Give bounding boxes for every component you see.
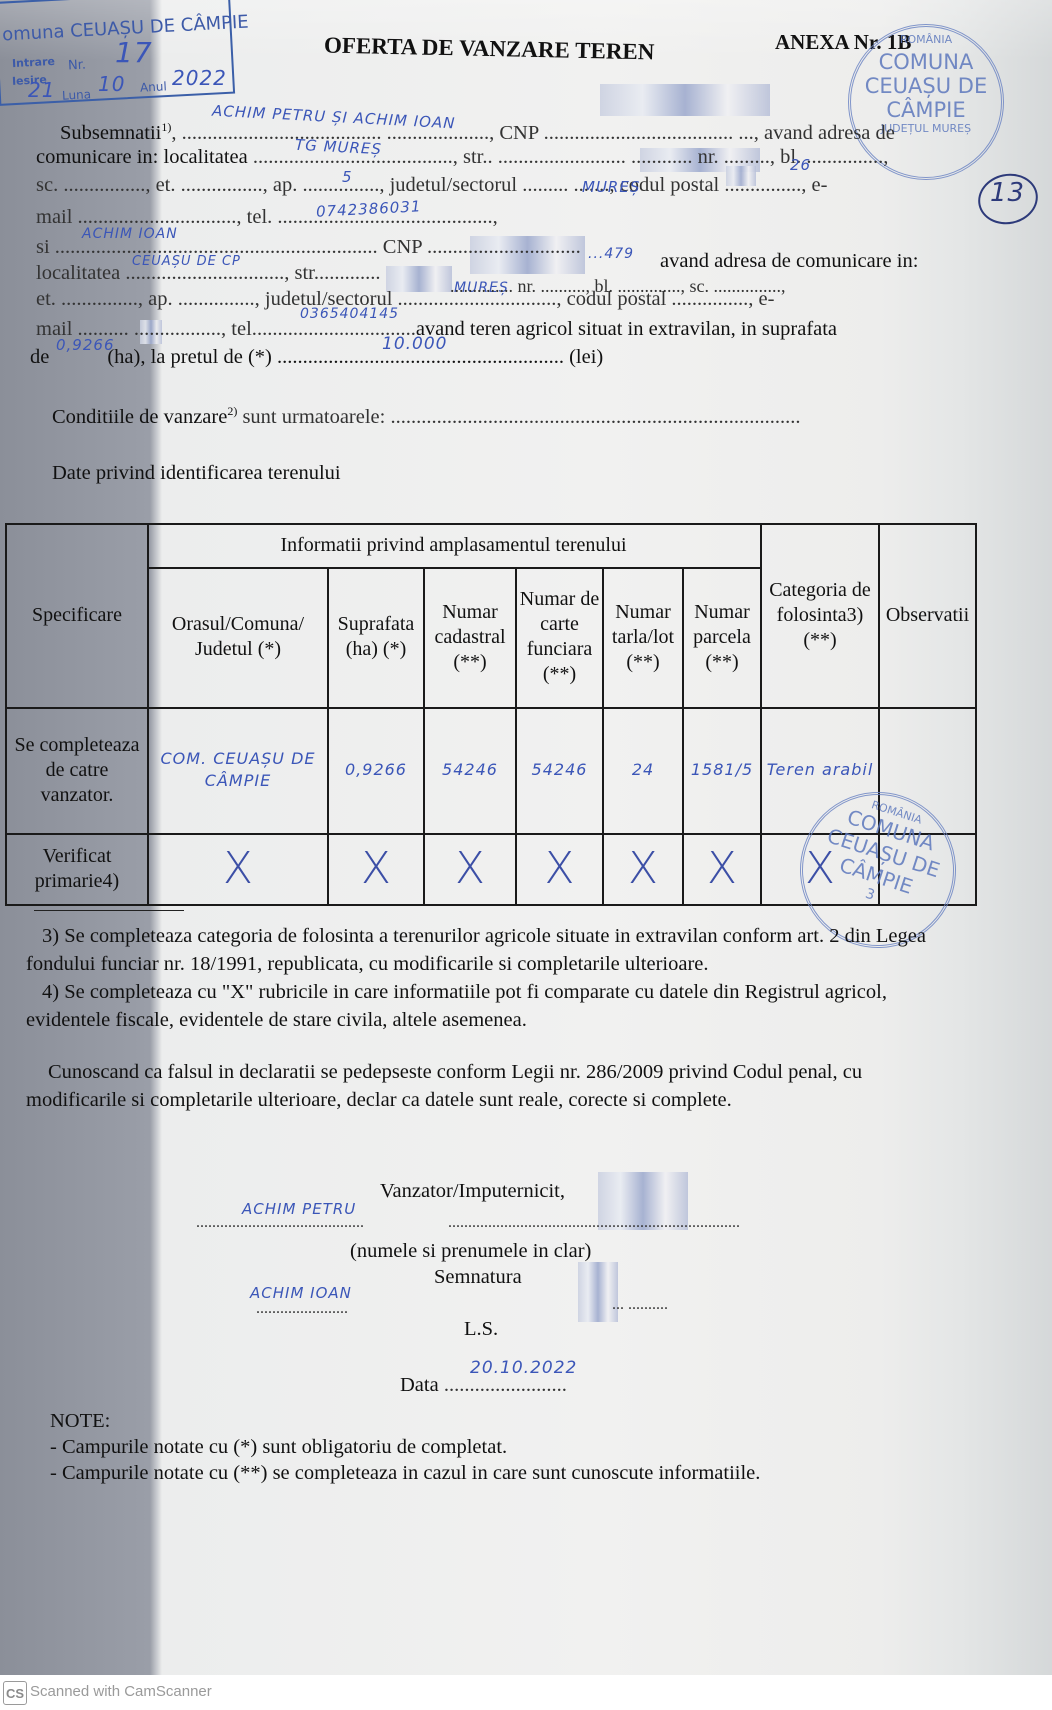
sale-conditions: Conditiile de vanzare2) sunt urmatoarele…: [52, 404, 800, 429]
signature-label: Semnatura: [434, 1266, 522, 1289]
seal-label: L.S.: [464, 1318, 498, 1341]
handwritten-ap-1: 5: [342, 168, 353, 186]
form-line-nr-bl-2: .............. nr. .........., bl. .....…: [450, 276, 786, 297]
table-column-header: Categoria de folosinta3) (**): [762, 523, 878, 707]
table-column-header: Numar tarla/lot (**): [604, 567, 682, 707]
table-column-header: Specificare: [7, 523, 147, 707]
stamp-line3: CÂMPIE: [851, 98, 1001, 122]
table-row-label: Se completeaza de catre vanzator.: [7, 707, 147, 833]
camscanner-logo-icon: CS: [3, 1681, 27, 1705]
footnote-4: 4) Se completeaza cu "X" rubricile in ca…: [26, 978, 956, 1034]
verification-mark: X: [149, 833, 327, 904]
table-cell: 54246: [425, 707, 515, 833]
form-line-comunicare: comunicare in: localitatea .............…: [36, 146, 888, 169]
name-line-2: .......................: [256, 1300, 348, 1318]
section-heading: Date privind identificarea terenului: [52, 462, 341, 485]
name-line: ........................................…: [196, 1214, 364, 1232]
registry-stamp-anul-label: Anul: [140, 79, 167, 94]
handwritten-judet-1: MUREȘ: [582, 178, 640, 196]
verification-mark: X: [425, 833, 515, 904]
table-column-divider: [975, 523, 977, 906]
handwritten-suprafata: 0,9266: [56, 336, 115, 354]
table-column-header: Suprafata (ha) (*): [329, 567, 423, 707]
signature-line-2: ... ..........: [612, 1296, 668, 1314]
table-cell: COM. CEUAȘU DE CÂMPIE: [149, 707, 327, 833]
registry-number: 17: [115, 36, 153, 69]
table-cell: 1581/5: [684, 707, 760, 833]
table-column-header: Observatii: [880, 523, 975, 707]
verification-mark: X: [604, 833, 682, 904]
verification-mark: X: [329, 833, 423, 904]
redacted-cnp-1: [600, 84, 770, 116]
form-line-subsemnatii: Subsemnatii1), .........................…: [60, 120, 895, 145]
table-cell: 24: [604, 707, 682, 833]
registry-stamp-nr-label: Nr.: [68, 58, 87, 74]
form-line-sc-et-ap: sc. ................, et. ..............…: [36, 174, 827, 197]
name-hint: (numele si prenumele in clar): [350, 1240, 591, 1263]
handwritten-bl-1: 26: [790, 156, 811, 174]
table-column-header: Numar de carte funciara (**): [517, 567, 602, 707]
seller-role-label: Vanzator/Imputernicit,: [380, 1180, 565, 1203]
table-row-label: Verificat primarie4): [7, 833, 147, 904]
verification-mark: X: [684, 833, 760, 904]
scanner-watermark: Scanned with CamScanner: [30, 1683, 212, 1700]
note-item-1: - Campurile notate cu (*) sunt obligator…: [50, 1436, 507, 1459]
registry-year: 2022: [172, 66, 227, 90]
footnote-3: 3) Se completeaza categoria de folosinta…: [26, 922, 956, 978]
table-column-header: Orasul/Comuna/ Judetul (*): [149, 567, 327, 707]
table-cell: 0,9266: [329, 707, 423, 833]
verification-mark: X: [517, 833, 602, 904]
registry-stamp-intrare: Intrare: [12, 55, 56, 70]
registry-day: 21: [28, 78, 55, 102]
stamp-line1: COMUNA: [851, 50, 1001, 74]
form-line-suprafata-pret: de(ha), la pretul de (*) ...............…: [30, 346, 603, 369]
notes-title: NOTE:: [50, 1410, 110, 1433]
signature-line-1: ........................................…: [448, 1214, 740, 1232]
note-item-2: - Campurile notate cu (**) se completeaz…: [50, 1462, 760, 1485]
handwritten-tel-2: 0365404145: [300, 306, 399, 322]
table-column-header: Numar cadastral (**): [425, 567, 515, 707]
stamp-line2: CEUAȘU DE: [851, 74, 1001, 98]
table-column-header: Numar parcela (**): [684, 567, 760, 707]
registry-month: 10: [98, 72, 125, 96]
handwritten-date: 20.10.2022: [470, 1358, 577, 1378]
footnote-divider: [34, 910, 184, 911]
handwritten-localitate-2: CEUAȘU DE CP: [132, 254, 241, 269]
form-line-avand-adresa: avand adresa de comunicare in:: [660, 250, 918, 273]
registry-stamp-luna-label: Luna: [62, 87, 92, 103]
stamp-country: ROMÂNIA: [851, 33, 1001, 46]
table-group-header: Informatii privind amplasamentul terenul…: [147, 523, 760, 567]
handwritten-cnp-2: ...479: [588, 246, 634, 262]
table-cell: 54246: [517, 707, 602, 833]
handwritten-second-seller: ACHIM IOAN: [82, 226, 178, 242]
handwritten-pret: 10.000: [382, 334, 447, 354]
declaration-text: Cunoscand ca falsul in declaratii se ped…: [26, 1058, 956, 1114]
page-marker-number: 13: [990, 178, 1025, 208]
